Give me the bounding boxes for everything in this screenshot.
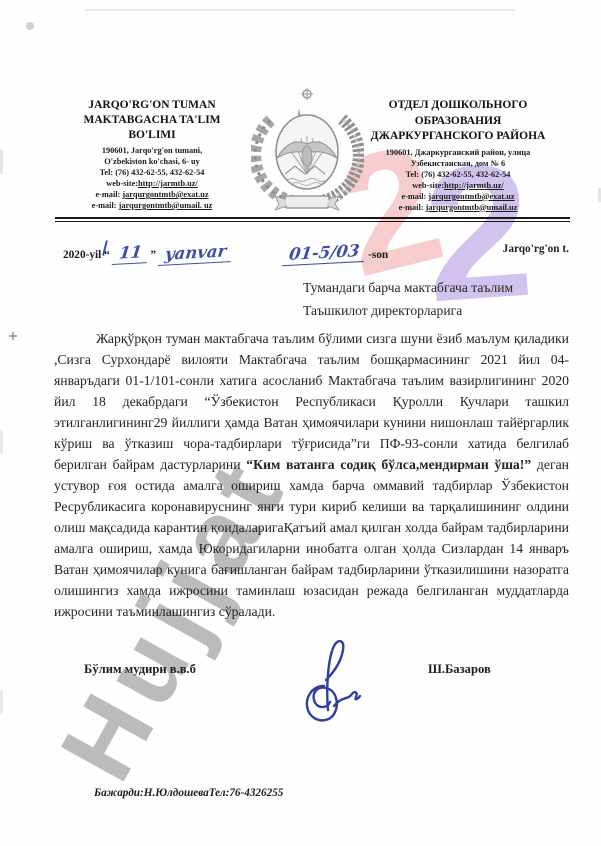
date-field: 2020-yil “ 11 ” yanvar — [63, 243, 232, 264]
handwritten-day: 11 — [111, 242, 149, 265]
email-address: jarqurgontmtb@exat.uz — [428, 192, 514, 201]
handwritten-month: yanvar — [158, 241, 234, 266]
scan-artifact — [85, 9, 515, 11]
scan-artifact — [9, 335, 17, 337]
email-label: e-mail: — [399, 203, 426, 212]
left-address-line: O'zbekiston ko'chasi, 6- uy — [48, 156, 256, 167]
signer-name: Ш.Базаров — [428, 662, 491, 677]
scan-artifact — [0, 430, 3, 454]
scan-artifact — [0, 690, 3, 714]
website-label: web-site: — [106, 179, 138, 188]
right-org-title-line: ОБРАЗОВАНИЯ — [338, 114, 578, 130]
left-website-line: web-site:http://jarmtb.uz/ — [48, 178, 256, 189]
left-email-line: e-mail: jarqurgontmtb@umail. uz — [48, 200, 256, 211]
handwritten-signature — [298, 636, 362, 728]
email-label: e-mail: — [92, 201, 119, 210]
addressee-line: Тумандаги барча мактабгача таълим — [303, 276, 513, 299]
letter-body-paragraph: Жарқўрқон туман мактабгача таълим бўлими… — [54, 328, 569, 622]
scan-artifact — [12, 332, 14, 340]
scanned-letter-page: Hujjat 2 2 JARQO'RG'ON TUMAN MAKTABGACHA… — [0, 0, 601, 846]
executor-footer-line: Бажарди:Н.ЮлдошеваТел:76-4326255 — [94, 787, 283, 799]
quote-close: ” — [150, 249, 156, 261]
addressee-line: Таъшкилот директорларига — [303, 299, 513, 322]
scan-artifact — [26, 22, 34, 30]
website-url: http://jarmtb.uz/ — [444, 181, 504, 190]
left-org-title-line: BO'LIMI — [48, 128, 256, 143]
left-address-line: 190601, Jarqo'rg'on tumani, — [48, 145, 256, 156]
email-label: e-mail: — [95, 190, 122, 199]
number-suffix-label: -son — [368, 249, 388, 261]
place-label: Jarqo'rg'on t. — [503, 243, 569, 255]
header-divider-line — [55, 217, 570, 222]
left-email-line: e-mail: jarqurgontmtb@exat.uz — [48, 189, 256, 200]
website-label: web-site: — [412, 181, 444, 190]
right-website-line: web-site:http://jarmtb.uz/ — [338, 180, 578, 191]
right-phone-line: Tel: (76) 432-62-55, 432-62-54 — [338, 169, 578, 180]
date-year-label: 2020-yil — [63, 249, 101, 261]
handwritten-number: 01-5/03 — [282, 241, 367, 266]
right-email-line: e-mail: jarqurgontmtb@umail.uz — [338, 202, 578, 213]
email-address: jarqurgontmtb@umail. uz — [119, 201, 213, 210]
document-meta-row: 2020-yil “ 11 ” yanvar 01-5/03 -son Jarq… — [55, 239, 571, 273]
left-org-title-line: MAKTABGACHA TA'LIM — [48, 113, 256, 128]
left-org-title-line: JARQO'RG'ON TUMAN — [48, 98, 256, 113]
signer-position-title: Бўлим мудири в.в.б — [84, 662, 196, 677]
email-address: jarqurgontmtb@exat.uz — [122, 190, 208, 199]
right-org-title-line: ДЖАРКУРГАНСКОГО РАЙОНА — [338, 129, 578, 145]
right-address-line: 190601, Джаркурганский район, улица — [338, 147, 578, 158]
website-url: http://jarmtb.uz/ — [138, 179, 198, 188]
body-text-part1: Жарқўрқон туман мактабгача таълим бўлими… — [54, 331, 569, 472]
document-number-field: 01-5/03 -son — [283, 243, 388, 264]
right-address-line: Узбекистанская, дом № 6 — [338, 158, 578, 169]
body-slogan-bold: “Ким ватанга содиқ бўлса,мендирман ўша!” — [246, 457, 531, 472]
body-text-part2: деган устувор ғоя остида амалга ошириш х… — [54, 457, 569, 619]
letterhead-right-block: ОТДЕЛ ДОШКОЛЬНОГО ОБРАЗОВАНИЯ ДЖАРКУРГАН… — [338, 98, 578, 213]
email-address: jarqurgontmtb@umail.uz — [426, 203, 518, 212]
right-org-title-line: ОТДЕЛ ДОШКОЛЬНОГО — [338, 98, 578, 114]
left-phone-line: Tel: (76) 432-62-55, 432-62-54 — [48, 167, 256, 178]
scan-artifact — [0, 150, 3, 174]
right-email-line: e-mail: jarqurgontmtb@exat.uz — [338, 191, 578, 202]
email-label: e-mail: — [401, 192, 428, 201]
letterhead-left-block: JARQO'RG'ON TUMAN MAKTABGACHA TA'LIM BO'… — [48, 98, 256, 211]
addressee-block: Тумандаги барча мактабгача таълим Таъшки… — [303, 276, 513, 322]
